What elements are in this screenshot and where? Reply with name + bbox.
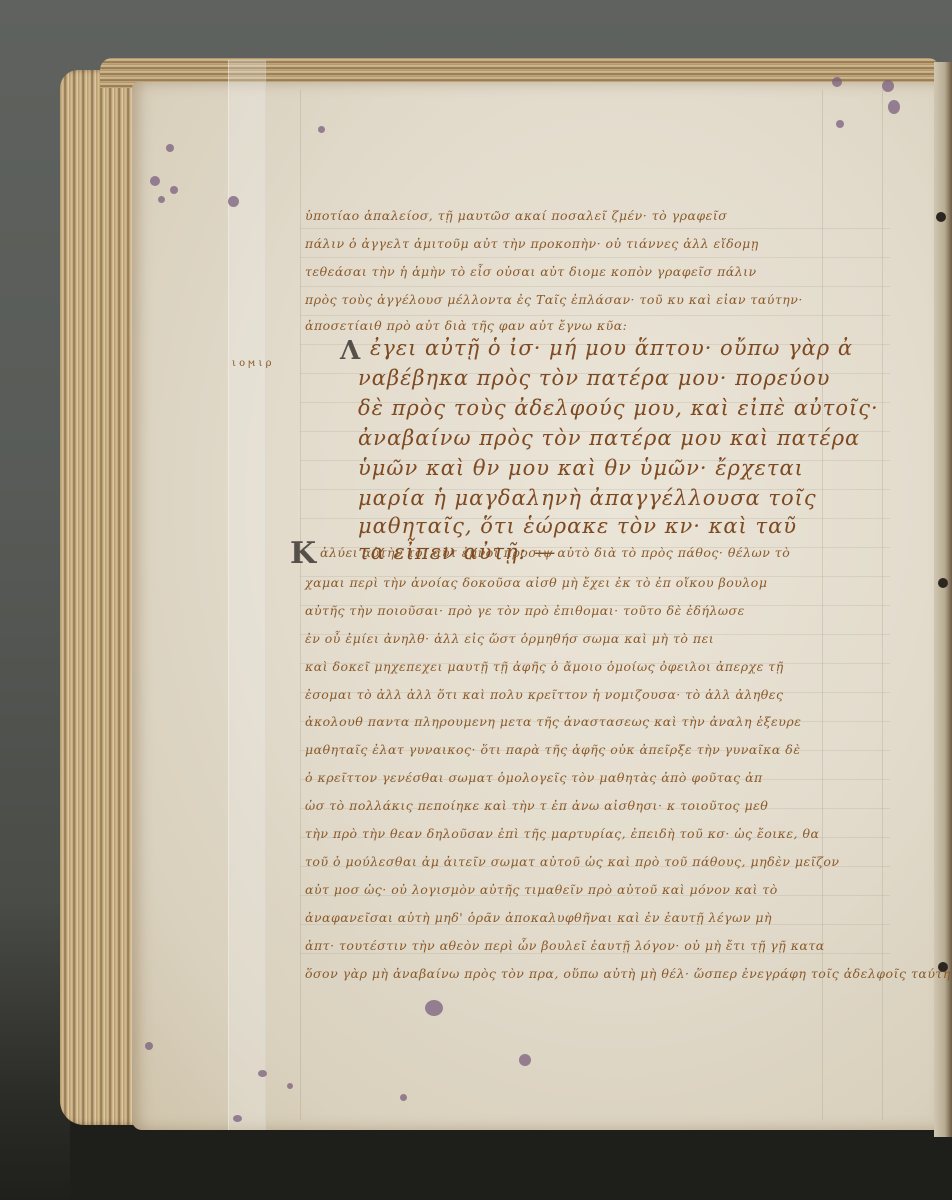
ink-stain (158, 196, 165, 203)
commentary-line: ἀναφανεῖσαι αὐτὴ μηδ' ὁρᾶν ἀποκαλυφθῆναι… (305, 910, 772, 925)
commentary-line: ὡσ τὸ πολλάκις πεποίηκε καὶ τὴν τ ἐπ ἀνω… (305, 798, 768, 813)
commentary-line: τὴν πρὸ τὴν θεαν δηλοῦσαν ἐπὶ τῆς μαρτυρ… (305, 826, 819, 841)
ink-stain (519, 1054, 531, 1066)
lemma-line: ναβέβηκα πρὸς τὸν πατέρα μου· πορεύου (358, 366, 830, 390)
commentary-line: τεθεάσαι τὴν ἡ ἁμὴν τὸ εἶσ οὐσαι αὐτ διο… (305, 264, 757, 279)
ink-stain (166, 144, 174, 152)
ink-stain (832, 77, 842, 87)
initial-letter-lambda: Λ (340, 336, 360, 366)
commentary-line: ὅσον γὰρ μὴ ἀναβαίνω πρὸς τὸν πρα, οὕπω … (305, 966, 951, 981)
commentary-line: ἀλύει αὐτὴν τοι αὐτ ἐμνοί προσιψ αὐτὸ δι… (320, 545, 790, 560)
lemma-line: ἀναβαίνω πρὸς τὸν πατέρα μου καὶ πατέρα (358, 426, 860, 450)
commentary-line: ἀκολουθ παντα πληρουμενη μετα τῆς ἀναστα… (305, 714, 801, 729)
conservation-tape-strip (228, 60, 266, 1130)
lemma-line: ὑμῶν καὶ θν μου καὶ θν ὑμῶν· ἔρχεται (358, 456, 804, 480)
lemma-line: δὲ πρὸς τοὺς ἀδελφούς μου, καὶ εἰπὲ αὐτο… (358, 396, 879, 420)
ink-stain (150, 176, 160, 186)
marginal-note: ι ο ϻ ι ρ (232, 358, 272, 369)
ink-stain (233, 1115, 242, 1122)
commentary-line: μαθηταῖς ἐλατ γυναικος· ὅτι παρὰ τῆς ἀφῆ… (305, 742, 801, 757)
ruling-margin-left (300, 90, 301, 1120)
worm-hole (938, 578, 948, 588)
worm-hole (936, 212, 946, 222)
commentary-line: ἐσομαι τὸ ἀλλ ἀλλ ὅτι καὶ πολυ κρεῖττον … (305, 687, 783, 702)
commentary-line: τοῦ ὁ μούλεσθαι ἀμ ἀιτεῖν σωματ αὐτοῦ ὡς… (305, 854, 840, 869)
commentary-line: ἀπτ· τουτέστιν τὴν αθεὸν περὶ ὧν βουλεῖ … (305, 938, 825, 953)
ink-stain (318, 126, 325, 133)
lemma-line: ἐγει αὐτῇ ὁ ἰσ· μή μου ἅπτου· οὔπω γὰρ ἀ (370, 336, 853, 360)
ink-stain (258, 1070, 267, 1077)
ink-stain (888, 100, 900, 114)
ink-stain (287, 1083, 293, 1089)
ink-stain (836, 120, 844, 128)
ink-stain (425, 1000, 443, 1016)
commentary-line: αὐτ μοσ ὡς· οὐ λογισμὸν αὐτῆς τιμαθεῖν π… (305, 882, 778, 897)
ink-stain (400, 1094, 407, 1101)
ink-stain (228, 196, 239, 207)
ink-stain (882, 80, 894, 92)
ink-stain (170, 186, 178, 194)
commentary-line: πρὸς τοὺς ἀγγέλουσ μέλλοντα ἐς Ταῖς ἐπλά… (305, 292, 803, 307)
commentary-line: χαμαι περὶ τὴν ἀνοίας δοκοῦσα αἰσθ μὴ ἔχ… (305, 575, 767, 590)
lemma-line: μαθηταῖς, ὅτι ἑώρακε τὸν κν· καὶ ταῦ (358, 514, 797, 538)
commentary-line: ἐν οὖ ἐμίει ἀνηλθ· ἀλλ εἰς ὥστ ὁρμηθήσ σ… (305, 631, 714, 646)
commentary-line: πάλιν ὁ ἀγγελτ ἀμιτοῦμ αὐτ τὴν προκοπὴν·… (305, 236, 759, 251)
ink-stain (145, 1042, 153, 1050)
commentary-line: αὐτῆς τὴν ποιοῦσαι· πρὸ γε τὸν πρὸ ἐπιθο… (305, 603, 745, 618)
commentary-line: καὶ δοκεῖ μηχεπεχει μαυτῇ τῇ ἀφῆς ὁ ἄμοι… (305, 659, 784, 674)
commentary-line: ὑποτίαο ἀπαλείοσ, τῇ μαυτῶσ ακαί ποσαλεῖ… (305, 208, 727, 223)
commentary-line: ὁ κρεῖττον γενέσθαι σωματ ὁμολογεῖς τὸν … (305, 770, 763, 785)
initial-letter-kappa: Κ (290, 536, 316, 571)
lemma-line: μαρία ἡ μαγδαληνὴ ἀπαγγέλλουσα τοῖς (358, 486, 817, 510)
commentary-line: ἀποσετίαιθ πρὸ αὐτ διὰ τῆς φαν αὐτ ἔγνω … (305, 318, 627, 333)
